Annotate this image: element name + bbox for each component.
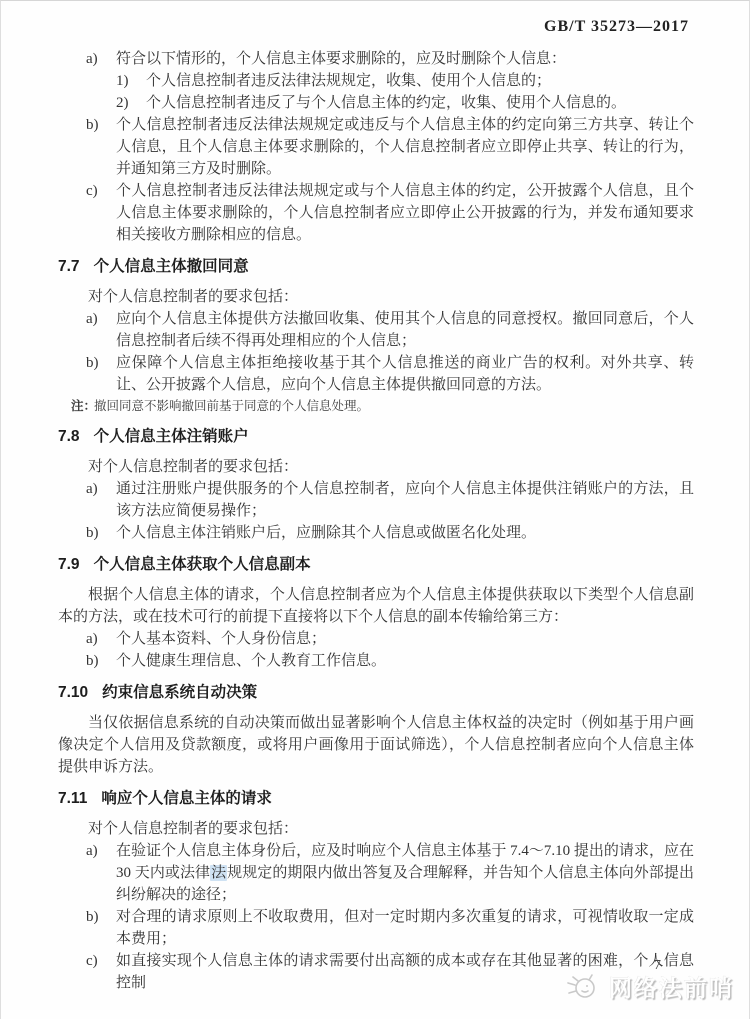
list-item: b)应保障个人信息主体拒绝接收基于其个人信息推送的商业广告的权利。对外共享、转让… (58, 352, 694, 396)
list-item-label: 1) (116, 70, 129, 92)
list-item: 2)个人信息控制者违反了与个人信息主体的约定，收集、使用个人信息的。 (58, 92, 694, 114)
list-item-label: c) (86, 180, 98, 202)
list-item: 1)个人信息控制者违反法律法规规定，收集、使用个人信息的； (58, 70, 694, 92)
note-label: 注： (71, 396, 96, 416)
list-item: c)个人信息控制者违反法律法规规定或与个人信息主体的约定，公开披露个人信息，且个… (58, 180, 694, 246)
list-item-label: b) (86, 906, 99, 928)
section-number: 7.7 (58, 258, 80, 275)
watermark-text: 网络法前哨 (609, 970, 734, 1003)
section-heading: 7.8个人信息主体注销账户 (58, 426, 694, 448)
section-heading: 7.7个人信息主体撤回同意 (58, 256, 694, 278)
watermark: 网络法前哨 (563, 970, 734, 1003)
list-item-label: 2) (116, 92, 129, 114)
list-item: a)个人基本资料、个人身份信息； (58, 628, 694, 650)
list-item: b)个人信息主体注销账户后，应删除其个人信息或做匿名化处理。 (58, 522, 694, 544)
list-item-label: b) (86, 650, 99, 672)
section-heading: 7.11响应个人信息主体的请求 (58, 788, 694, 810)
section-number: 7.11 (58, 790, 87, 807)
list-item: b)对合理的请求原则上不收取费用，但对一定时期内多次重复的请求，可视情收取一定成… (58, 906, 694, 950)
document-page: GB/T 35273—2017 a)符合以下情形的，个人信息主体要求删除的，应及… (0, 0, 750, 1019)
section-number: 7.9 (58, 556, 80, 573)
list-item-label: b) (86, 522, 99, 544)
list-item-label: c) (86, 950, 98, 972)
section-title: 约束信息系统自动决策 (102, 684, 257, 701)
paragraph: 根据个人信息主体的请求，个人信息控制者应为个人信息主体提供获取以下类型个人信息副… (58, 584, 694, 628)
section-title: 个人信息主体撤回同意 (94, 258, 249, 275)
paragraph: 对个人信息控制者的要求包括： (58, 286, 694, 308)
list-item: b)个人健康生理信息、个人教育工作信息。 (58, 650, 694, 672)
paragraph: 当仅依据信息系统的自动决策而做出显著影响个人信息主体权益的决定时（例如基于用户画… (58, 712, 694, 778)
section-title: 响应个人信息主体的请求 (101, 790, 272, 807)
section-heading: 7.10约束信息系统自动决策 (58, 682, 694, 704)
list-item: a)符合以下情形的，个人信息主体要求删除的，应及时删除个人信息： (58, 48, 694, 70)
list-item-label: a) (86, 48, 98, 70)
list-item-label: b) (86, 114, 99, 136)
section-title: 个人信息主体获取个人信息副本 (94, 556, 311, 573)
section-number: 7.8 (58, 428, 80, 445)
section-heading: 7.9个人信息主体获取个人信息副本 (58, 554, 694, 576)
sentinel-logo-icon (563, 971, 601, 1003)
list-item-label: a) (86, 628, 98, 650)
section-number: 7.10 (58, 684, 88, 701)
list-item: a)应向个人信息主体提供方法撤回收集、使用其个人信息的同意授权。撤回同意后，个人… (58, 308, 694, 352)
paragraph: 对个人信息控制者的要求包括： (58, 456, 694, 478)
list-item-label: b) (86, 352, 99, 374)
list-item: a)通过注册账户提供服务的个人信息控制者，应向个人信息主体提供注销账户的方法，且… (58, 478, 694, 522)
section-title: 个人信息主体注销账户 (94, 428, 249, 445)
highlighted-text: 法 (210, 865, 227, 881)
standard-number: GB/T 35273—2017 (544, 18, 689, 36)
list-item: b)个人信息控制者违反法律法规规定或违反与个人信息主体的约定向第三方共享、转让个… (58, 114, 694, 180)
list-item-label: a) (86, 840, 98, 862)
list-item-label: a) (86, 478, 98, 500)
note: 注：撤回同意不影响撤回前基于同意的个人信息处理。 (58, 396, 694, 416)
note-text: 撤回同意不影响撤回前基于同意的个人信息处理。 (94, 399, 369, 413)
doc-content: a)符合以下情形的，个人信息主体要求删除的，应及时删除个人信息：1)个人信息控制… (58, 48, 694, 994)
paragraph: 对个人信息控制者的要求包括： (58, 818, 694, 840)
list-item-label: a) (86, 308, 98, 330)
list-item: a)在验证个人信息主体身份后，应及时响应个人信息主体基于 7.4～7.10 提出… (58, 840, 694, 906)
